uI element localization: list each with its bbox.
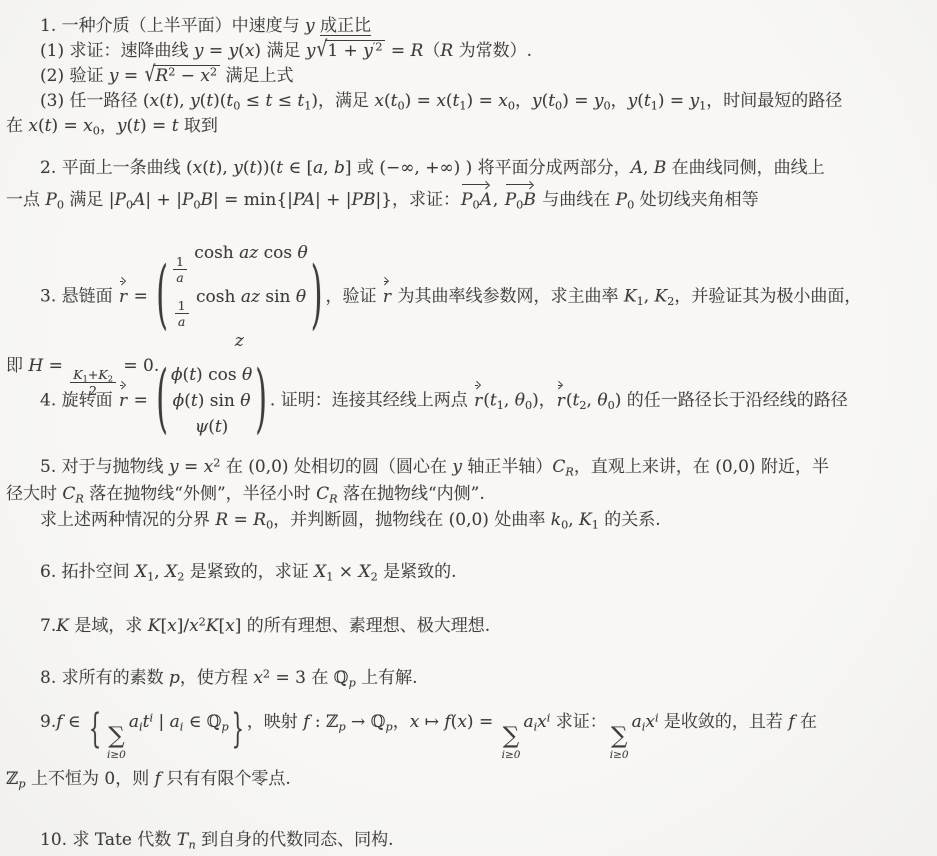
- math-variable: X: [135, 562, 147, 582]
- vector-arrow-icon: [558, 385, 561, 386]
- sigma-icon: ∑: [611, 725, 627, 748]
- text-run: 与曲线在: [537, 190, 616, 210]
- math-variable: a: [178, 314, 185, 329]
- problem-5-line-3: 求上述两种情况的分界 R = R0，并判断圆，抛物线在 (0,0) 处曲率 k0…: [6, 507, 932, 534]
- denominator: a: [173, 270, 187, 284]
- text-run: ×: [333, 562, 358, 582]
- text-run: ，直观上来讲，在 (0,0) 附近，半: [574, 457, 829, 477]
- text-run: ∈ [: [283, 158, 313, 178]
- text-run: (: [384, 91, 391, 111]
- text-run: −: [175, 66, 200, 86]
- math-variable: b: [334, 158, 345, 178]
- text-run: ,: [587, 391, 598, 411]
- math-variable: ϕ: [173, 391, 185, 411]
- text-run: ) sin: [198, 391, 241, 411]
- text-run: 是紧致的，求证: [184, 562, 314, 582]
- matrix-row: ϕ(t) sin θ: [173, 388, 251, 414]
- math-variable: x: [374, 91, 384, 111]
- text-run: ，: [100, 116, 117, 136]
- text-run: ),: [216, 158, 233, 178]
- problem-2-line-2: 一点 P0 满足 |P0A| + |P0B| = min{|PA| + |PB|…: [6, 181, 932, 213]
- sqrt-radical: √1 + y′2: [315, 39, 385, 64]
- math-variable: x: [200, 66, 210, 86]
- math-variable: r: [119, 287, 127, 307]
- math-variable: a: [313, 158, 323, 178]
- text-run: cos: [258, 243, 297, 263]
- matrix-row: ϕ(t) cos θ: [171, 362, 252, 388]
- subscript: 1: [651, 99, 658, 112]
- text-run: =: [228, 510, 253, 530]
- math-variable: y: [532, 91, 542, 111]
- radicand: 1 + y′2: [325, 40, 385, 61]
- text-run: 在: [795, 712, 817, 732]
- superscript: ′2: [373, 40, 383, 53]
- text-run: ) =: [51, 116, 83, 136]
- matrix-row: 1a cosh az cos θ: [171, 240, 308, 284]
- text-run: 落在抛物线“内侧”.: [338, 484, 485, 504]
- vector: r: [383, 278, 391, 310]
- problem-5-line-2: 径大时 CR 落在抛物线“外侧”，半径小时 CR 落在抛物线“内侧”.: [6, 481, 932, 508]
- math-variable: K: [206, 616, 219, 636]
- math-variable: t: [490, 391, 497, 411]
- text-run: (1) 求证：速降曲线: [40, 41, 194, 61]
- text-run: : ℤ: [310, 712, 339, 732]
- left-paren-icon: (: [156, 364, 168, 439]
- text-run: ,: [504, 391, 515, 411]
- math-variable: X: [314, 562, 326, 582]
- text-run: (: [238, 41, 245, 61]
- math-variable: PB: [352, 190, 376, 210]
- math-variable: P: [115, 190, 126, 210]
- text-run: ≤: [240, 91, 265, 111]
- text-run: 6. 拓扑空间: [40, 562, 135, 582]
- text-run: 只有有限个零点.: [161, 769, 291, 789]
- math-variable: x: [436, 91, 446, 111]
- text-run: 9.: [40, 712, 56, 732]
- math-variable: A: [631, 158, 643, 178]
- matrix: (1a cosh az cos θ1a cosh az sin θz): [156, 240, 322, 354]
- vector-arrow-icon: [475, 385, 478, 386]
- subscript: 0: [193, 198, 200, 211]
- text-run: ,: [154, 562, 165, 582]
- text-run: ，时间最短的路径: [706, 91, 842, 111]
- problem-2: 2. 平面上一条曲线 (x(t), y(t))(t ∈ [a, b] 或 (−∞…: [6, 156, 932, 213]
- math-variable: x: [28, 116, 38, 136]
- text-run: = 3 在: [270, 668, 334, 688]
- text-run: 1: [176, 254, 184, 269]
- text-run: (: [38, 116, 45, 136]
- math-variable: t: [209, 158, 216, 178]
- text-run: (: [184, 391, 191, 411]
- math-variable: P: [45, 190, 56, 210]
- subscript: 0: [608, 399, 615, 412]
- math-variable: P: [616, 190, 627, 210]
- text-run: ),: [173, 91, 190, 111]
- text-run: 2. 平面上一条曲线 (: [40, 158, 193, 178]
- superscript: 2: [263, 667, 270, 680]
- text-run: 径大时: [6, 484, 62, 504]
- radicand: R2 − x2: [153, 65, 220, 86]
- math-variable: r: [383, 287, 391, 307]
- script-letter: T: [177, 830, 189, 850]
- subscript: p: [338, 720, 345, 733]
- summation: ∑i≥0: [610, 725, 629, 761]
- math-variable: x: [167, 616, 177, 636]
- problem-1: 1. 一种介质（上半平面）中速度与 y 成正比 (1) 求证：速降曲线 y = …: [6, 14, 932, 139]
- text-run: | = min{|: [213, 190, 293, 210]
- vector-body: r: [119, 287, 127, 307]
- radical-sign-icon: √: [316, 34, 327, 66]
- math-variable: R: [253, 510, 266, 530]
- text-run: ，验证: [326, 287, 382, 307]
- math-variable: k: [551, 510, 561, 530]
- math-variable: x: [150, 91, 160, 111]
- text-run: ))(: [256, 158, 276, 178]
- math-variable: x: [537, 712, 547, 732]
- math-variable: B: [523, 190, 536, 210]
- subscript: p: [349, 676, 356, 689]
- text-run: (: [159, 91, 166, 111]
- text-run: ，使方程: [180, 668, 253, 688]
- math-variable: θ: [242, 365, 252, 385]
- numerator: 1: [175, 299, 189, 315]
- math-variable: P: [505, 190, 516, 210]
- math-variable: K: [148, 616, 161, 636]
- problem-3-line-1: 3. 悬链面 r = (1a cosh az cos θ1a cosh az s…: [6, 240, 932, 354]
- text-run: ) =: [405, 91, 437, 111]
- text-run: ) cos: [196, 365, 242, 385]
- summation: ∑i≥0: [502, 725, 521, 761]
- math-variable: θ: [240, 391, 250, 411]
- text-run: 3. 悬链面: [40, 287, 118, 307]
- math-variable: a: [170, 712, 180, 732]
- math-variable: x: [83, 116, 93, 136]
- text-run: ,: [644, 287, 655, 307]
- math-variable: θ: [515, 391, 525, 411]
- math-variable: y: [305, 16, 315, 36]
- text-run: |: [153, 712, 170, 732]
- math-variable: C: [62, 484, 75, 504]
- math-variable: A: [133, 190, 145, 210]
- text-run: （: [423, 41, 440, 61]
- text-run: (: [483, 391, 490, 411]
- text-run: ，: [515, 91, 532, 111]
- subscript: 1: [637, 295, 644, 308]
- text-run: ，并判断圆，抛物线在 (0,0) 处曲率: [273, 510, 551, 530]
- text-run: |}，求证：: [375, 190, 460, 210]
- math-variable: t: [191, 391, 198, 411]
- subscript: R: [565, 465, 573, 478]
- math-variable: K: [579, 510, 592, 530]
- problem-5-line-1: 5. 对于与抛物线 y = x2 在 (0,0) 处相切的圆（圆心在 y 轴正半…: [6, 454, 932, 481]
- left-paren-icon: (: [156, 260, 168, 335]
- vector-body: P0B: [505, 190, 536, 210]
- text-run: 求证：: [550, 712, 606, 732]
- math-variable: a: [176, 270, 183, 285]
- text-run: 5. 对于与抛物线: [40, 457, 169, 477]
- superscript: 2: [210, 65, 217, 78]
- math-variable: x: [193, 158, 203, 178]
- subscript: 2: [371, 570, 378, 583]
- subscript: 1: [497, 399, 504, 412]
- text-run: 在: [6, 116, 28, 136]
- text-run: )(: [213, 91, 226, 111]
- subscript: 1: [459, 99, 466, 112]
- vector-body: P0A: [461, 190, 492, 210]
- text-run: . 证明：连接其经线上两点: [270, 391, 473, 411]
- math-variable: ψ: [195, 417, 208, 437]
- text-run: ，: [393, 712, 410, 732]
- math-variable: y: [628, 91, 638, 111]
- subscript: n: [189, 838, 196, 851]
- math-variable: K: [624, 287, 637, 307]
- vector: P0B: [505, 181, 536, 213]
- problem-4-line-1: 4. 旋转面 r = (ϕ(t) cos θϕ(t) sin θψ(t)). 证…: [6, 362, 932, 440]
- text-run: 是紧致的.: [378, 562, 457, 582]
- text-run: =: [128, 287, 153, 307]
- math-variable: y: [117, 116, 127, 136]
- math-variable: t: [215, 417, 222, 437]
- vector-body: r: [474, 391, 482, 411]
- text-run: =: [119, 66, 144, 86]
- problem-5: 5. 对于与抛物线 y = x2 在 (0,0) 处相切的圆（圆心在 y 轴正半…: [6, 454, 932, 534]
- text-run: ，并验证其为极小曲面，: [674, 287, 861, 307]
- math-variable: t: [172, 116, 179, 136]
- numerator: 1: [173, 255, 187, 271]
- radical-sign-icon: √: [145, 59, 156, 91]
- vector-body: r: [383, 287, 391, 307]
- problem-10-line-1: 10. 求 Tate 代数 Tn 到自身的代数同态、同构.: [6, 828, 932, 853]
- right-paren-icon: ): [255, 364, 267, 439]
- text-run: ，映射: [247, 712, 303, 732]
- text-run: 1. 一种介质（上半平面）中速度与: [40, 16, 305, 36]
- math-variable: t: [644, 91, 651, 111]
- problem-4: 4. 旋转面 r = (ϕ(t) cos θϕ(t) sin θψ(t)). 证…: [6, 362, 932, 440]
- text-run: 1 +: [327, 41, 363, 61]
- math-variable: θ: [597, 391, 607, 411]
- math-variable: R: [440, 41, 453, 61]
- math-variable: y: [190, 91, 200, 111]
- vector: P0A: [461, 181, 492, 213]
- text-run: ] 的所有理想、素理想、极大理想.: [235, 616, 490, 636]
- subscript: 1: [592, 518, 599, 531]
- summation-limit: i≥0: [610, 750, 629, 761]
- math-problem-sheet: 1. 一种介质（上半平面）中速度与 y 成正比 (1) 求证：速降曲线 y = …: [0, 0, 937, 856]
- text-run: 8. 求所有的素数: [40, 668, 169, 688]
- math-variable: P: [461, 190, 472, 210]
- text-run: (: [208, 417, 215, 437]
- text-run: 1: [178, 298, 186, 313]
- problem-7-line-1: 7.K 是域，求 K[x]/x2K[x] 的所有理想、素理想、极大理想.: [6, 614, 932, 639]
- subscript: 0: [93, 124, 100, 137]
- text-run: =: [385, 41, 410, 61]
- text-run: (: [446, 91, 453, 111]
- math-variable: θ: [298, 243, 308, 263]
- text-run: cosh: [191, 287, 241, 307]
- text-run: 上有解.: [356, 668, 418, 688]
- problem-10: 10. 求 Tate 代数 Tn 到自身的代数同态、同构.: [6, 828, 932, 853]
- text-run: ) =: [140, 116, 172, 136]
- fraction: 1a: [175, 299, 189, 329]
- text-run: | + |: [145, 190, 182, 210]
- text-run: 处切线夹角相等: [634, 190, 758, 210]
- matrix-row: ψ(t): [195, 414, 228, 440]
- math-variable: r: [557, 391, 565, 411]
- text-run: 满足 |: [64, 190, 115, 210]
- math-variable: x: [457, 712, 467, 732]
- text-run: ,: [323, 158, 334, 178]
- denominator: a: [175, 314, 189, 328]
- problem-6-line-1: 6. 拓扑空间 X1, X2 是紧致的，求证 X1 × X2 是紧致的.: [6, 560, 932, 585]
- math-variable: y: [229, 41, 239, 61]
- math-variable: az: [239, 243, 258, 263]
- text-run: =: [179, 457, 204, 477]
- math-variable: y: [109, 66, 119, 86]
- fraction: 1a: [173, 255, 187, 285]
- math-variable: θ: [296, 287, 306, 307]
- text-run: ) =: [467, 91, 499, 111]
- math-variable: x: [225, 616, 235, 636]
- math-variable: ϕ: [171, 365, 183, 385]
- text-run: (: [637, 91, 644, 111]
- subscript: p: [18, 777, 25, 790]
- problem-1-line-3: (2) 验证 y = √R2 − x2 满足上式: [6, 64, 932, 89]
- subscript: 0: [57, 198, 64, 211]
- math-variable: t: [189, 365, 196, 385]
- matrix-row: 1a cosh az sin θ: [173, 284, 306, 328]
- text-run: ) =: [562, 91, 594, 111]
- math-variable: X: [165, 562, 177, 582]
- subscript: p: [222, 720, 229, 733]
- math-variable: a: [129, 712, 139, 732]
- math-variable: y: [169, 457, 179, 477]
- text-run: ) =: [658, 91, 690, 111]
- text-run: 10. 求 Tate 代数: [40, 830, 177, 850]
- big-delimiter: {: [89, 710, 101, 750]
- text-run: 在曲线同侧，曲线上: [666, 158, 824, 178]
- problem-7: 7.K 是域，求 K[x]/x2K[x] 的所有理想、素理想、极大理想.: [6, 614, 932, 639]
- text-run: 为其曲率线参数网，求主曲率: [392, 287, 624, 307]
- text-run: =: [204, 41, 229, 61]
- math-variable: y: [690, 91, 700, 111]
- math-variable: r: [119, 391, 127, 411]
- text-run: 上不恒为 0，则: [26, 769, 155, 789]
- problem-1-line-4: (3) 任一路径 (x(t), y(t)(t0 ≤ t ≤ t1)，满足 x(t…: [6, 89, 932, 114]
- vector: r: [119, 382, 127, 414]
- problem-9-line-1: 9.f ∈ {∑i≥0aiti | ai ∈ ℚp}，映射 f : ℤp → ℚ…: [6, 710, 932, 761]
- problem-8-line-1: 8. 求所有的素数 p，使方程 x2 = 3 在 ℚp 上有解.: [6, 666, 932, 691]
- text-run: ≤: [272, 91, 297, 111]
- math-variable: y: [306, 41, 316, 61]
- math-variable: PA: [293, 190, 315, 210]
- text-run: =: [128, 391, 153, 411]
- math-variable: az: [241, 287, 260, 307]
- problem-9-line-2: ℤp 上不恒为 0，则 f 只有有限个零点.: [6, 767, 932, 792]
- math-variable: x: [189, 616, 199, 636]
- math-variable: t: [166, 91, 173, 111]
- text-run: ,: [568, 510, 579, 530]
- sigma-icon: ∑: [108, 725, 124, 748]
- text-run: 为常数）.: [453, 41, 532, 61]
- math-variable: t: [133, 116, 140, 136]
- text-run: (3) 任一路径 (: [40, 91, 150, 111]
- text-run: ℤ: [6, 769, 18, 789]
- text-run: ) 满足: [254, 41, 305, 61]
- text-run: → ℚ: [346, 712, 386, 732]
- text-run: 到自身的代数同态、同构.: [196, 830, 394, 850]
- text-run: ∈: [63, 712, 86, 732]
- matrix-row: z: [235, 328, 244, 354]
- right-paren-icon: ): [311, 260, 323, 335]
- math-variable: y: [233, 158, 243, 178]
- text-run: 求上述两种情况的分界: [40, 510, 215, 530]
- matrix-column: 1a cosh az cos θ1a cosh az sin θz: [168, 240, 311, 354]
- math-variable: x: [253, 668, 263, 688]
- math-variable: x: [645, 712, 655, 732]
- text-run: sin: [260, 287, 296, 307]
- subscript: 0: [508, 99, 515, 112]
- text-run: ) =: [467, 712, 499, 732]
- text-run: 在 (0,0) 处相切的圆（圆心在: [220, 457, 452, 477]
- text-run: ,: [643, 158, 654, 178]
- sigma-icon: ∑: [503, 725, 519, 748]
- math-variable: r: [474, 391, 482, 411]
- math-variable: a: [632, 712, 642, 732]
- subscript: 0: [603, 99, 610, 112]
- text-run: 是收敛的，且若: [659, 712, 789, 732]
- matrix-column: ϕ(t) cos θϕ(t) sin θψ(t): [168, 362, 255, 440]
- math-variable: a: [523, 712, 533, 732]
- text-run: (2) 验证: [40, 66, 109, 86]
- math-variable: y: [194, 41, 204, 61]
- math-variable: x: [410, 712, 420, 732]
- math-variable: R: [215, 510, 228, 530]
- text-run: ]/: [177, 616, 189, 636]
- math-variable: B: [654, 158, 667, 178]
- math-variable: C: [552, 457, 565, 477]
- vector: r: [474, 382, 482, 414]
- text-run: ，: [611, 91, 628, 111]
- math-variable: R: [411, 41, 424, 61]
- vector: r: [119, 278, 127, 310]
- matrix: (ϕ(t) cos θϕ(t) sin θψ(t)): [156, 362, 267, 440]
- text-run: )，: [532, 391, 556, 411]
- problem-8: 8. 求所有的素数 p，使方程 x2 = 3 在 ℚp 上有解.: [6, 666, 932, 691]
- math-variable: K: [655, 287, 668, 307]
- problem-9: 9.f ∈ {∑i≥0aiti | ai ∈ ℚp}，映射 f : ℤp → ℚ…: [6, 710, 932, 792]
- text-run: 落在抛物线“外侧”，半径小时: [84, 484, 316, 504]
- text-run: | + |: [315, 190, 352, 210]
- summation-limit: i≥0: [107, 750, 126, 761]
- subscript: 0: [472, 198, 479, 211]
- problem-1-line-5: 在 x(t) = x0，y(t) = t 取到: [6, 114, 932, 139]
- text-run: 是域，求: [69, 616, 148, 636]
- math-variable: B: [201, 190, 214, 210]
- underlined-text: 成正比: [320, 16, 371, 36]
- text-run: ): [222, 417, 229, 437]
- subscript: R: [329, 492, 337, 505]
- text-run: 一点: [6, 190, 45, 210]
- text-run: (: [566, 391, 573, 411]
- text-run: )，满足: [311, 91, 374, 111]
- text-run: ℚ: [334, 668, 349, 688]
- math-variable: x: [245, 41, 255, 61]
- vector-body: r: [557, 391, 565, 411]
- subscript: R: [75, 492, 83, 505]
- summation: ∑i≥0: [107, 725, 126, 761]
- math-variable: y: [452, 457, 462, 477]
- vector-arrow-icon: [120, 281, 123, 282]
